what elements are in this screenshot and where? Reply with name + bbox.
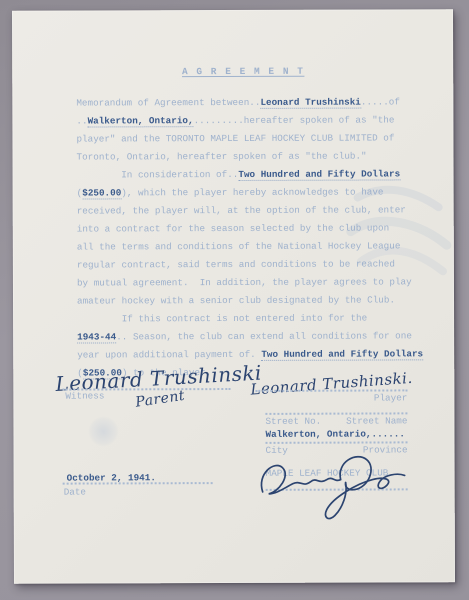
- street-name-label: Street Name: [346, 415, 407, 426]
- agreement-document: A G R E E M E N T Memorandum of Agreemen…: [12, 9, 455, 584]
- city-value: Walkerton, Ontario,......: [265, 428, 405, 439]
- witness-label: Witness: [65, 390, 104, 401]
- ink-bleed-through: [343, 179, 453, 289]
- date-label: Date: [64, 487, 86, 498]
- agreement-text-line: amateur hockey with a senior club design…: [77, 291, 417, 310]
- embossed-seal: [88, 416, 118, 446]
- player-label: Player: [255, 392, 407, 404]
- document-title: A G R E E M E N T: [76, 65, 410, 77]
- agreement-text-line: player" and the TORONTO MAPLE LEAF HOCKE…: [76, 129, 416, 148]
- agreement-text-line: ..Walkerton, Ontario,.........hereafter …: [76, 111, 416, 130]
- date-line: [63, 482, 213, 485]
- club-official-signature: [249, 449, 414, 522]
- agreement-text-line: If this contract is not entered into for…: [77, 309, 417, 328]
- agreement-text-line: Toronto, Ontario, hereafter spoken of as…: [76, 147, 416, 166]
- agreement-text-line: Memorandum of Agreement between..Leonard…: [76, 93, 416, 112]
- street-no-label: Street No.: [265, 416, 321, 427]
- parent-annotation: Parent: [134, 388, 186, 411]
- agreement-text-line: 1943-44.. Season, the club can extend al…: [77, 327, 417, 346]
- photo-backdrop: A G R E E M E N T Memorandum of Agreemen…: [0, 0, 469, 600]
- street-labels: Street No. Street Name: [265, 415, 407, 426]
